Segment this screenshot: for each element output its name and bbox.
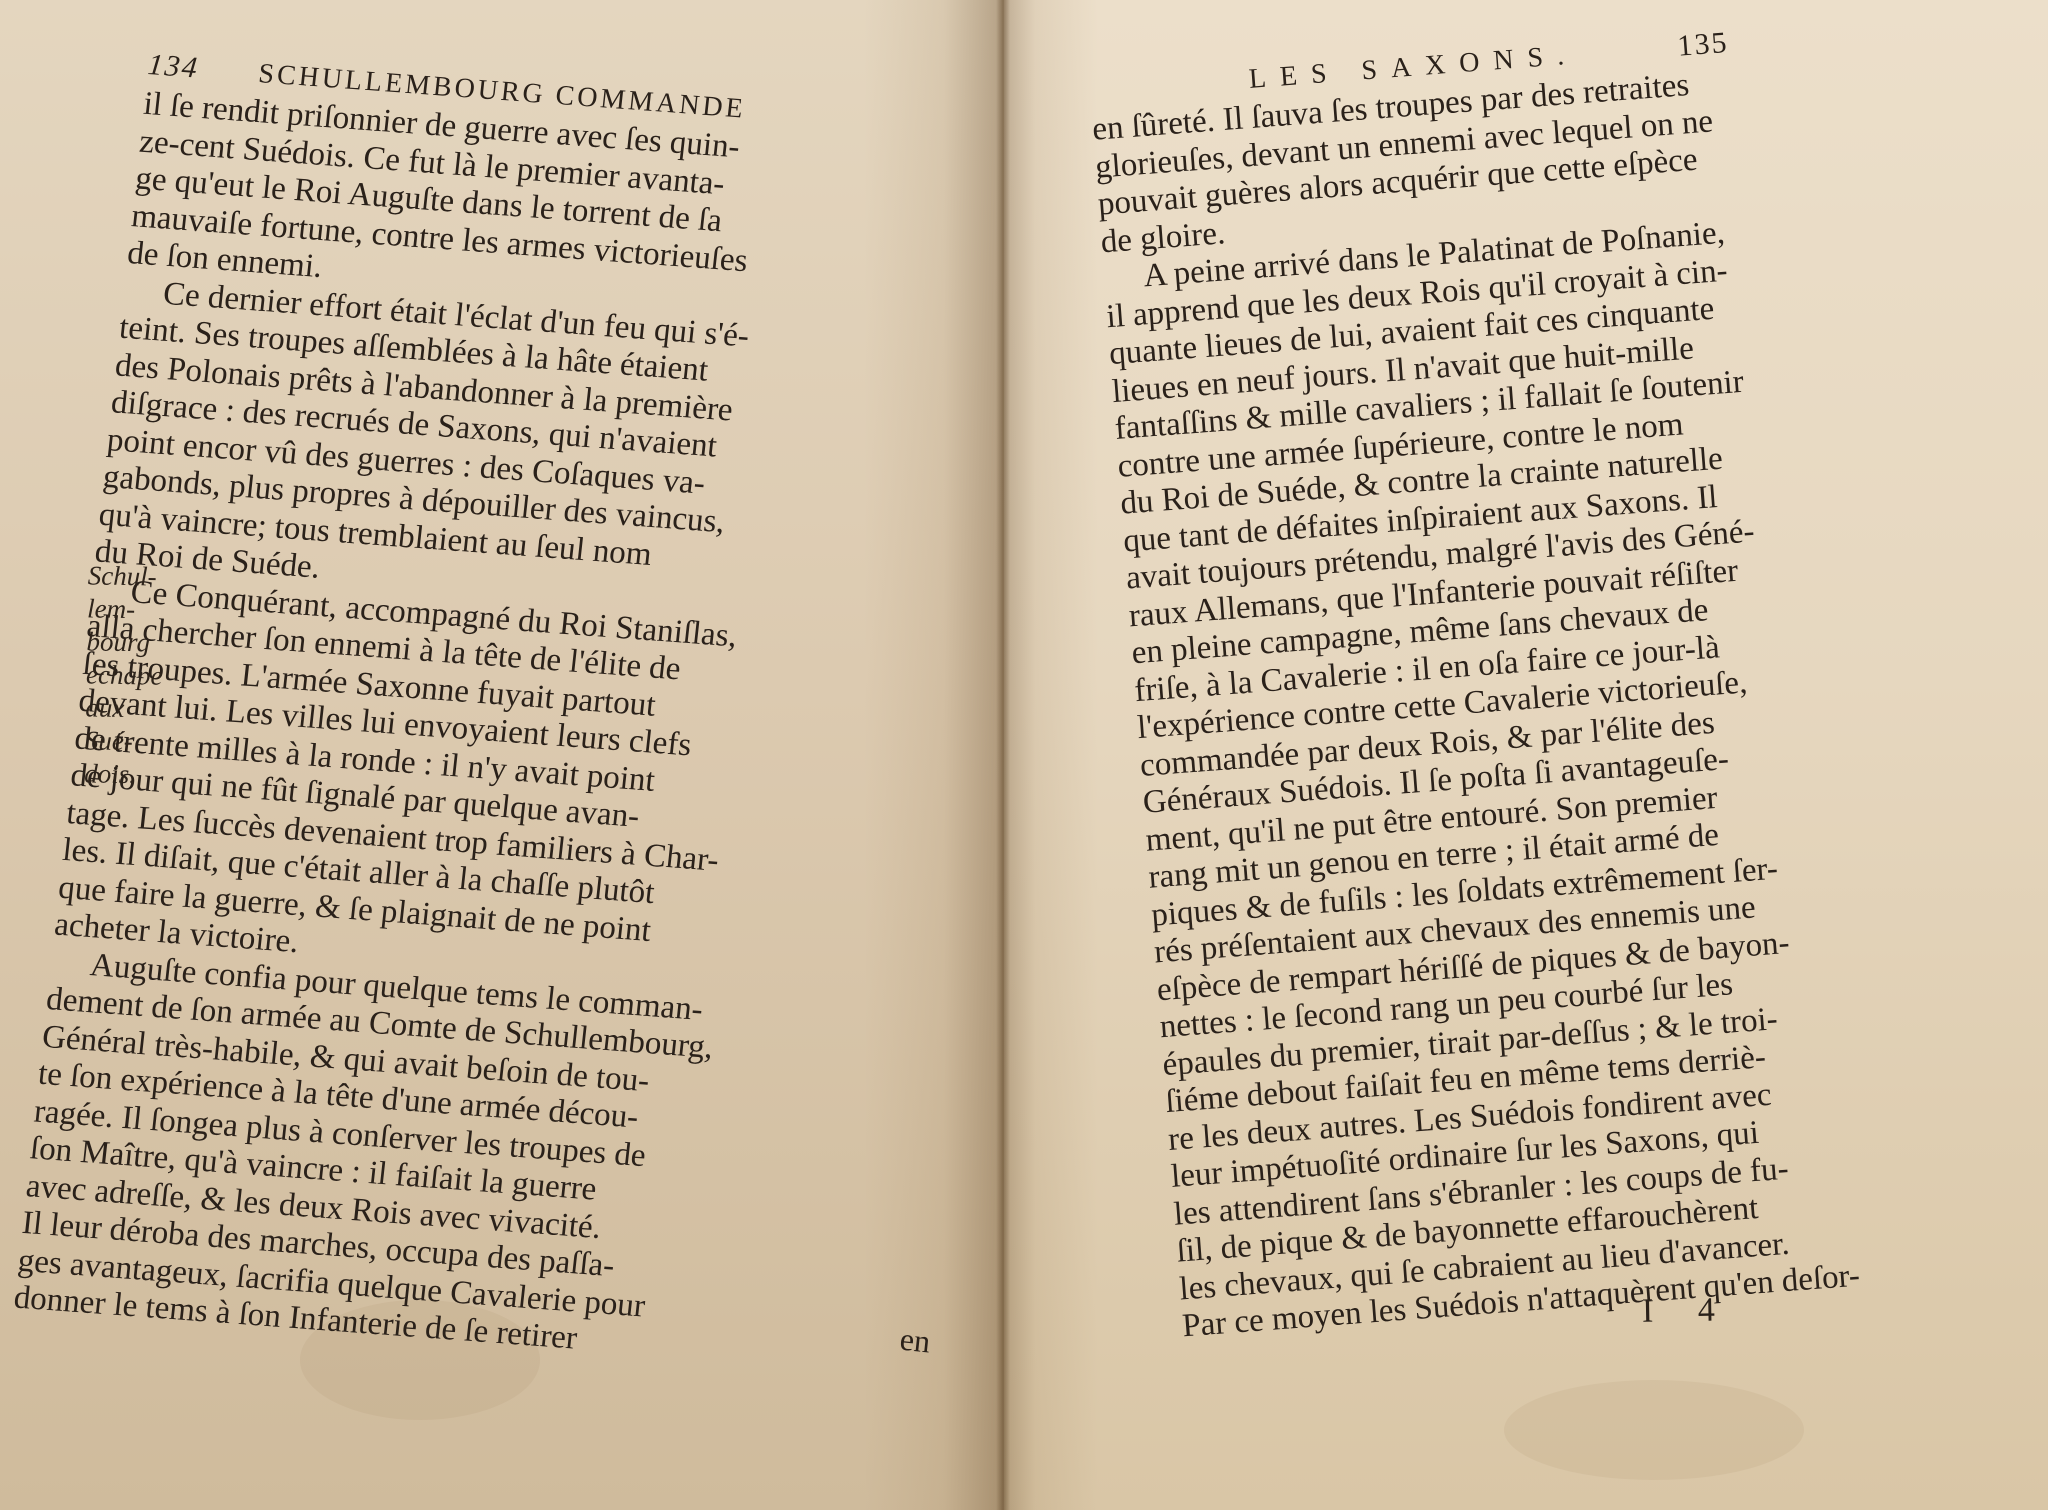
margin-note-line: dois. [84,757,161,791]
book-gutter [996,0,1010,1510]
margin-note-line: lem- [87,592,164,626]
right-page-text: LES SAXONS. 135 en ſûreté. Il ſauva ſes … [1088,21,1861,1346]
margin-note-line: Sué- [85,724,162,758]
margin-note-line: aux [85,691,162,725]
signature-mark: I 4 [1642,1291,1733,1331]
margin-note-line: échape [86,658,163,692]
catchword: en [898,1321,932,1361]
page-number-left: 134 [146,46,201,87]
page-number-right: 135 [1676,24,1730,65]
paper-stain [1504,1380,1804,1480]
open-book-spread: 134 SCHULLEMBOURG COMMANDE il ſe rendit … [0,0,2048,1510]
margin-note-line: Schul- [87,559,164,593]
margin-note: Schul-lem-bourgéchapeauxSué-dois. [84,559,164,791]
margin-note-line: bourg [86,625,163,659]
right-page-body: en ſûreté. Il ſauva ſes troupes par des … [1091,61,1861,1346]
